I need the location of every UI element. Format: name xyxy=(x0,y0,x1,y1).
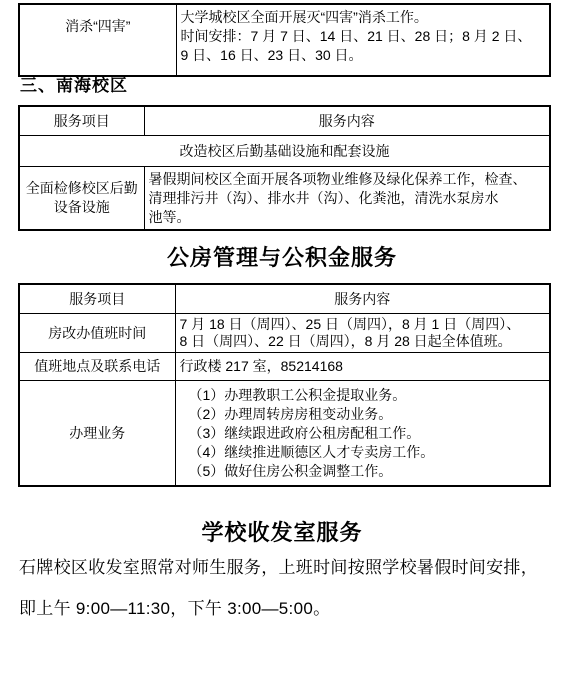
service-item-cell: 房改办值班时间 xyxy=(19,314,175,353)
section-heading-nanhai: 三、南海校区 xyxy=(20,71,128,96)
service-content-cell: 行政楼 217 室，85214168 xyxy=(175,353,550,381)
section-heading-housing: 公房管理与公积金服务 xyxy=(0,241,564,272)
table-row: 改造校区后勤基础设施和配套设施 xyxy=(19,136,550,167)
service-item-cell: 消杀“四害” xyxy=(19,4,176,76)
section-heading-mailroom: 学校收发室服务 xyxy=(0,516,564,547)
service-item-cell: 办理业务 xyxy=(19,381,175,487)
table-row: 消杀“四害” 大学城校区全面开展灭“四害”消杀工作。 时间安排：7 月 7 日、… xyxy=(19,4,550,76)
merged-row-cell: 改造校区后勤基础设施和配套设施 xyxy=(19,136,550,167)
content-line: 8 日（周四）、22 日（周四），8 月 28 日起全体值班。 xyxy=(180,333,546,350)
content-line: 池等。 xyxy=(149,208,546,227)
column-header-service-content: 服务内容 xyxy=(175,284,550,314)
content-line: 时间安排：7 月 7 日、14 日、21 日、28 日；8 月 2 日、 xyxy=(181,27,546,46)
content-line: 清理排污井（沟）、排水井（沟）、化粪池，清洗水泵房水 xyxy=(149,189,546,208)
nanhai-service-table: 服务项目 服务内容 改造校区后勤基础设施和配套设施 全面检修校区后勤设备设施 暑… xyxy=(18,105,551,231)
column-header-service-content: 服务内容 xyxy=(144,106,550,136)
table-row: 房改办值班时间 7 月 18 日（周四）、25 日（周四），8 月 1 日（周四… xyxy=(19,314,550,353)
service-content-cell: 暑假期间校区全面开展各项物业维修及绿化保养工作，检查、 清理排污井（沟）、排水井… xyxy=(144,167,550,231)
column-header-service-item: 服务项目 xyxy=(19,284,175,314)
housing-service-table: 服务项目 服务内容 房改办值班时间 7 月 18 日（周四）、25 日（周四），… xyxy=(18,283,551,487)
table-row: 办理业务 （1）办理教职工公积金提取业务。 （2）办理周转房房租变动业务。 （3… xyxy=(19,381,550,487)
content-line: 暑假期间校区全面开展各项物业维修及绿化保养工作，检查、 xyxy=(149,170,546,189)
paragraph-line: 石牌校区收发室照常对师生服务，上班时间按照学校暑假时间安排， xyxy=(19,547,559,588)
table-header-row: 服务项目 服务内容 xyxy=(19,106,550,136)
mailroom-paragraph: 石牌校区收发室照常对师生服务，上班时间按照学校暑假时间安排， 即上午 9:00—… xyxy=(19,547,559,629)
table-header-row: 服务项目 服务内容 xyxy=(19,284,550,314)
pest-control-table: 消杀“四害” 大学城校区全面开展灭“四害”消杀工作。 时间安排：7 月 7 日、… xyxy=(18,3,551,77)
service-content-cell: （1）办理教职工公积金提取业务。 （2）办理周转房房租变动业务。 （3）继续跟进… xyxy=(175,381,550,487)
table-row: 值班地点及联系电话 行政楼 217 室，85214168 xyxy=(19,353,550,381)
content-line: （1）办理教职工公积金提取业务。 xyxy=(189,386,546,405)
content-line: （5）做好住房公积金调整工作。 xyxy=(189,462,546,481)
service-content-cell: 大学城校区全面开展灭“四害”消杀工作。 时间安排：7 月 7 日、14 日、21… xyxy=(176,4,550,76)
document-page: 消杀“四害” 大学城校区全面开展灭“四害”消杀工作。 时间安排：7 月 7 日、… xyxy=(0,0,564,693)
content-line: （3）继续跟进政府公租房配租工作。 xyxy=(189,424,546,443)
content-line: （4）继续推进顺德区人才专卖房工作。 xyxy=(189,443,546,462)
column-header-service-item: 服务项目 xyxy=(19,106,144,136)
content-line: 大学城校区全面开展灭“四害”消杀工作。 xyxy=(181,8,546,27)
content-line: 9 日、16 日、23 日、30 日。 xyxy=(181,46,546,65)
paragraph-line: 即上午 9:00—11:30，下午 3:00—5:00。 xyxy=(19,588,559,629)
service-item-cell: 全面检修校区后勤设备设施 xyxy=(19,167,144,231)
service-item-cell: 值班地点及联系电话 xyxy=(19,353,175,381)
content-line: （2）办理周转房房租变动业务。 xyxy=(189,405,546,424)
table-row: 全面检修校区后勤设备设施 暑假期间校区全面开展各项物业维修及绿化保养工作，检查、… xyxy=(19,167,550,231)
service-content-cell: 7 月 18 日（周四）、25 日（周四），8 月 1 日（周四）、 8 日（周… xyxy=(175,314,550,353)
content-line: 7 月 18 日（周四）、25 日（周四），8 月 1 日（周四）、 xyxy=(180,316,546,333)
